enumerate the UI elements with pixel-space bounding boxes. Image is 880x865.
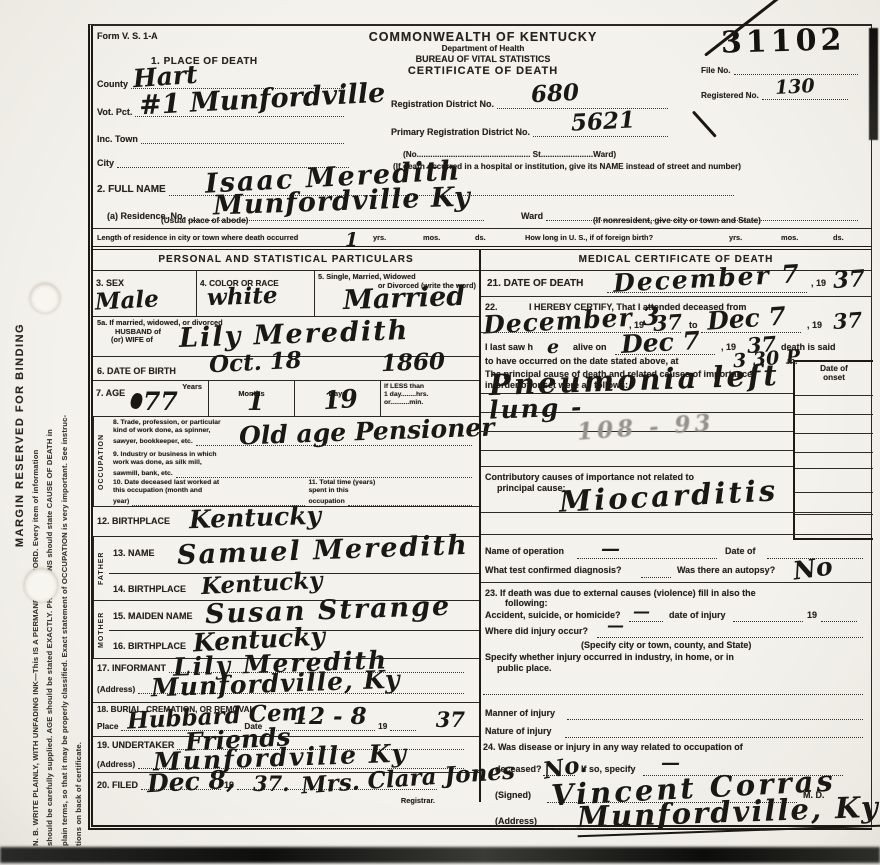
ward-label: Ward bbox=[521, 211, 543, 221]
operation-label: Name of operation bbox=[485, 546, 564, 556]
if-so-dash: — bbox=[661, 754, 680, 773]
test-rule bbox=[641, 577, 671, 578]
total-time-cell: 11. Total time (years) spent in this occ… bbox=[308, 479, 475, 505]
length-label: Length of residence in city or town wher… bbox=[97, 234, 298, 243]
attended-to-year: 37 bbox=[832, 309, 863, 332]
where-note: (Specify city or town, county, and State… bbox=[581, 640, 751, 650]
mother-side-label: MOTHER bbox=[93, 601, 109, 658]
alive-on-label: alive on bbox=[573, 342, 607, 352]
commonwealth-title: COMMONWEALTH OF KENTUCKY bbox=[313, 30, 653, 44]
q23-line-2: following: bbox=[505, 598, 548, 608]
us-yrs: yrs. bbox=[729, 234, 742, 243]
last-worked-1: 10. Date deceased last worked at bbox=[113, 479, 308, 487]
onset-label-1: Date of bbox=[795, 364, 873, 373]
length-ds: ds. bbox=[475, 234, 486, 243]
certificate-title: CERTIFICATE OF DEATH bbox=[313, 65, 653, 78]
age-label: 7. AGE bbox=[96, 388, 125, 398]
informant-row: 17. INFORMANT Lily Meredith (Address) Mu… bbox=[93, 659, 479, 703]
margin-nb-line-3: plain terms, so that it may be properly … bbox=[58, 24, 72, 846]
dob-value: Oct. 18 bbox=[208, 349, 302, 377]
trade-row: 8. Trade, profession, or particular kind… bbox=[109, 417, 479, 449]
contributory-value: Miocarditis bbox=[558, 476, 778, 516]
operation-dash: — bbox=[601, 540, 620, 559]
margin-binding-text: MARGIN RESERVED FOR BINDING bbox=[14, 24, 26, 846]
length-value: 1 bbox=[345, 231, 358, 250]
inc-town-label: Inc. Town bbox=[97, 134, 138, 144]
undertaker-address-label: (Address) bbox=[97, 760, 135, 769]
us-ds: ds. bbox=[833, 234, 844, 243]
father-side-label: FATHER bbox=[93, 537, 109, 600]
ink-blot bbox=[129, 392, 144, 411]
cause-rule-5 bbox=[481, 466, 793, 467]
injury-year-prefix: 19 bbox=[807, 610, 817, 620]
contrib-rule-2 bbox=[481, 534, 871, 535]
scan-edge-right bbox=[869, 28, 878, 140]
total-time-2: spent in this bbox=[308, 487, 475, 495]
full-name-label: 2. FULL NAME bbox=[97, 184, 166, 196]
age-months-value: 1 bbox=[247, 389, 264, 414]
industry-row: 9. Industry or business in which work wa… bbox=[109, 449, 479, 477]
sex-color-marital-row: 3. SEX Male 4. COLOR OR RACE white 5. Si… bbox=[93, 271, 479, 317]
filed-row: 20. FILED 19 Dec 8, 37. Mrs. Clara Jones… bbox=[93, 773, 479, 807]
age-days-cell: Days 19 bbox=[295, 381, 381, 416]
color-race-cell: 4. COLOR OR RACE white bbox=[197, 271, 315, 316]
precinct-label: Vot. Pct. bbox=[97, 107, 132, 117]
us-mos: mos. bbox=[781, 234, 798, 243]
file-no-line: File No. bbox=[701, 64, 861, 75]
cause-rule-4 bbox=[481, 450, 793, 451]
last-saw-label: I last saw h bbox=[485, 342, 533, 352]
occupation-side-label: OCCUPATION bbox=[93, 417, 109, 506]
test-label: What test confirmed diagnosis? bbox=[485, 565, 622, 575]
informant-address-value: Munfordville, Ky bbox=[151, 667, 401, 701]
file-no-label: File No. bbox=[701, 66, 731, 75]
father-bp-label: 14. BIRTHPLACE bbox=[113, 584, 186, 594]
injury-year-rule bbox=[821, 621, 857, 622]
last-saw-hand: e bbox=[547, 338, 559, 357]
personal-title: PERSONAL AND STATISTICAL PARTICULARS bbox=[93, 250, 479, 271]
informant-label: 17. INFORMANT bbox=[97, 663, 166, 673]
mother-name-label: 15. MAIDEN NAME bbox=[113, 611, 193, 621]
father-name-value: Samuel Meredith bbox=[177, 532, 469, 569]
pen-check-tail bbox=[692, 110, 717, 137]
dod-label: 21. DATE OF DEATH bbox=[487, 278, 583, 290]
where-label: Where did injury occur? bbox=[485, 626, 588, 636]
q23-line-1: 23. If death was due to external causes … bbox=[485, 588, 756, 598]
date-injury-rule bbox=[733, 621, 803, 622]
occupation-group: OCCUPATION 8. Trade, profession, or part… bbox=[93, 417, 479, 507]
industry-label-1: 9. Industry or business in which bbox=[113, 451, 475, 459]
to-year-prefix: , 19 bbox=[807, 320, 822, 330]
dob-label: 6. DATE OF BIRTH bbox=[97, 366, 176, 376]
deceased-label: deceased? bbox=[495, 764, 542, 774]
total-time-1: 11. Total time (years) bbox=[308, 479, 475, 487]
birthplace-value: Kentucky bbox=[189, 503, 322, 533]
mother-bp-label: 16. BIRTHPLACE bbox=[113, 641, 186, 651]
date-of-birth-row: 6. DATE OF BIRTH Oct. 18 1860 bbox=[93, 357, 479, 381]
age-less-3: or..........min. bbox=[384, 399, 476, 407]
attended-to-value: Dec 7 bbox=[706, 303, 786, 333]
certificate-form: Form V. S. 1-A 1. PLACE OF DEATH County … bbox=[88, 24, 872, 830]
age-years-cell: 7. AGE Years 77 bbox=[93, 381, 209, 416]
reg-district-value: 680 bbox=[530, 81, 579, 106]
scan-edge-bottom bbox=[0, 847, 880, 863]
margin-nb-line-1: N. B. WRITE PLAINLY, WITH UNFADING INK—T… bbox=[29, 24, 43, 846]
date-of-onset-box: Date of onset bbox=[793, 360, 873, 540]
pencil-notation: 108 - 93 bbox=[576, 411, 715, 444]
reg-district-label: Registration District No. bbox=[391, 99, 494, 109]
father-name-label: 13. NAME bbox=[113, 548, 155, 558]
registrar-label: Registrar. bbox=[401, 797, 435, 806]
signed-label: (Signed) bbox=[495, 790, 531, 800]
age-days-value: 19 bbox=[322, 386, 358, 413]
agency-heading: COMMONWEALTH OF KENTUCKY Department of H… bbox=[313, 30, 653, 78]
where-rule bbox=[597, 637, 863, 638]
manner-rule bbox=[567, 719, 863, 720]
last-worked-3: year) bbox=[113, 498, 129, 506]
accident-label: Accident, suicide, or homicide? bbox=[485, 610, 621, 620]
if-so-label: If so, specify bbox=[581, 764, 636, 774]
registered-no-value: 130 bbox=[775, 77, 816, 98]
filed-year-value: 37. bbox=[253, 773, 290, 794]
hole-punch-bottom bbox=[24, 568, 58, 602]
last-saw-date: Dec 7 bbox=[620, 328, 700, 357]
primary-district-label: Primary Registration District No. bbox=[391, 127, 530, 137]
dod-year-value: 37 bbox=[832, 267, 866, 292]
hole-punch-top bbox=[30, 283, 60, 313]
autopsy-rule bbox=[481, 582, 871, 583]
burial-year-value: 37 bbox=[436, 709, 465, 730]
us-length-label: How long in U. S., if of foreign birth? bbox=[525, 234, 653, 243]
accident-dash: — bbox=[633, 604, 650, 621]
date-injury-label: date of injury bbox=[669, 610, 726, 620]
nature-rule bbox=[565, 737, 863, 738]
trade-label-3: sawyer, bookkeeper, etc. bbox=[113, 438, 193, 446]
county-label: County bbox=[97, 79, 128, 89]
age-less-2: 1 day........hrs. bbox=[384, 391, 476, 399]
medical-certificate-column: MEDICAL CERTIFICATE OF DEATH 21. DATE OF… bbox=[481, 250, 871, 802]
dob-year: 1860 bbox=[381, 350, 446, 375]
marital-cell: 5. Single, Married, Widowed or Divorced … bbox=[315, 271, 479, 316]
contributory-label-2: principal cause: bbox=[497, 483, 566, 493]
length-yrs: yrs. bbox=[373, 234, 386, 243]
burial-place-label: Place bbox=[97, 722, 118, 731]
burial-date-value: 12 - 8 bbox=[293, 705, 367, 728]
form-header: Form V. S. 1-A 1. PLACE OF DEATH County … bbox=[93, 26, 871, 250]
contrib-rule-1 bbox=[481, 512, 871, 513]
filed-value: Dec 8, bbox=[146, 767, 235, 797]
form-body: PERSONAL AND STATISTICAL PARTICULARS 3. … bbox=[93, 250, 871, 802]
personal-particulars-column: PERSONAL AND STATISTICAL PARTICULARS 3. … bbox=[93, 250, 481, 802]
cause-line-2: lung - bbox=[489, 394, 584, 422]
autopsy-label: Was there an autopsy? bbox=[677, 565, 775, 575]
q24-label: 24. Was disease or injury in any way rel… bbox=[483, 742, 743, 752]
margin-nb-line-2: should be carefully supplied. AGE should… bbox=[43, 24, 57, 846]
death-certificate-scan: MARGIN RESERVED FOR BINDING N. B. WRITE … bbox=[0, 0, 880, 865]
blank-injury-rule bbox=[483, 694, 863, 695]
operation-date-label: Date of bbox=[725, 546, 756, 556]
length-of-residence-row: Length of residence in city or town wher… bbox=[93, 228, 871, 249]
specify-line-1: Specify whether injury occurred in indus… bbox=[485, 652, 734, 662]
last-worked-cell: 10. Date deceased last worked at this oc… bbox=[113, 479, 308, 505]
signed-address-value: Munfordville, Ky bbox=[576, 793, 880, 838]
filed-label: 20. FILED bbox=[97, 780, 138, 790]
primary-district-value: 5621 bbox=[570, 108, 635, 134]
specify-line-2: public place. bbox=[497, 663, 552, 673]
binding-margin: MARGIN RESERVED FOR BINDING N. B. WRITE … bbox=[14, 24, 87, 846]
age-months-cell: Months 1 bbox=[209, 381, 295, 416]
department-title: Department of Health bbox=[313, 44, 653, 53]
sex-value: Male bbox=[94, 287, 159, 313]
operation-rule bbox=[577, 558, 717, 559]
burial-year-prefix: 19 bbox=[378, 722, 387, 731]
hospital-note: (If death occurred in a hospital or inst… bbox=[393, 162, 871, 171]
length-mos: mos. bbox=[423, 234, 440, 243]
mother-name-value: Susan Strange bbox=[205, 593, 452, 629]
manner-label: Manner of injury bbox=[485, 708, 555, 718]
city-label: City bbox=[97, 158, 114, 168]
color-race-value: white bbox=[207, 284, 278, 309]
where-dash: — bbox=[607, 618, 624, 635]
dod-year-prefix: , 19 bbox=[811, 278, 826, 288]
age-less-cell: If LESS than 1 day........hrs. or.......… bbox=[381, 381, 479, 416]
last-worked-2: this occupation (month and bbox=[113, 487, 308, 495]
onset-label-2: onset bbox=[795, 373, 873, 382]
form-number: Form V. S. 1-A bbox=[97, 31, 158, 41]
marital-value: Married bbox=[343, 283, 466, 314]
autopsy-value: No bbox=[791, 553, 834, 583]
row-border bbox=[481, 296, 871, 297]
nature-label: Nature of injury bbox=[485, 726, 552, 736]
nonresident-note: (If nonresident, give city or town and S… bbox=[593, 216, 761, 225]
age-years-value: 77 bbox=[143, 389, 178, 414]
industry-label-2: work was done, as silk mill, bbox=[113, 459, 475, 467]
informant-address-label: (Address) bbox=[97, 685, 135, 694]
age-row: 7. AGE Years 77 Months 1 Days 19 bbox=[93, 381, 479, 417]
age-less-1: If LESS than bbox=[384, 383, 476, 391]
age-years-label: Years bbox=[182, 383, 202, 392]
birthplace-label: 12. BIRTHPLACE bbox=[97, 516, 170, 526]
signed-address-label: (Address) bbox=[495, 816, 537, 826]
registered-no-label: Registered No. bbox=[701, 91, 759, 100]
father-bp-value: Kentucky bbox=[200, 569, 323, 598]
margin-nb-line-4: tions on back of certificate. bbox=[72, 24, 86, 846]
inc-town-line: Inc. Town bbox=[97, 133, 347, 144]
bureau-title: BUREAU OF VITAL STATISTICS bbox=[313, 54, 653, 64]
sex-cell: 3. SEX Male bbox=[93, 271, 197, 316]
